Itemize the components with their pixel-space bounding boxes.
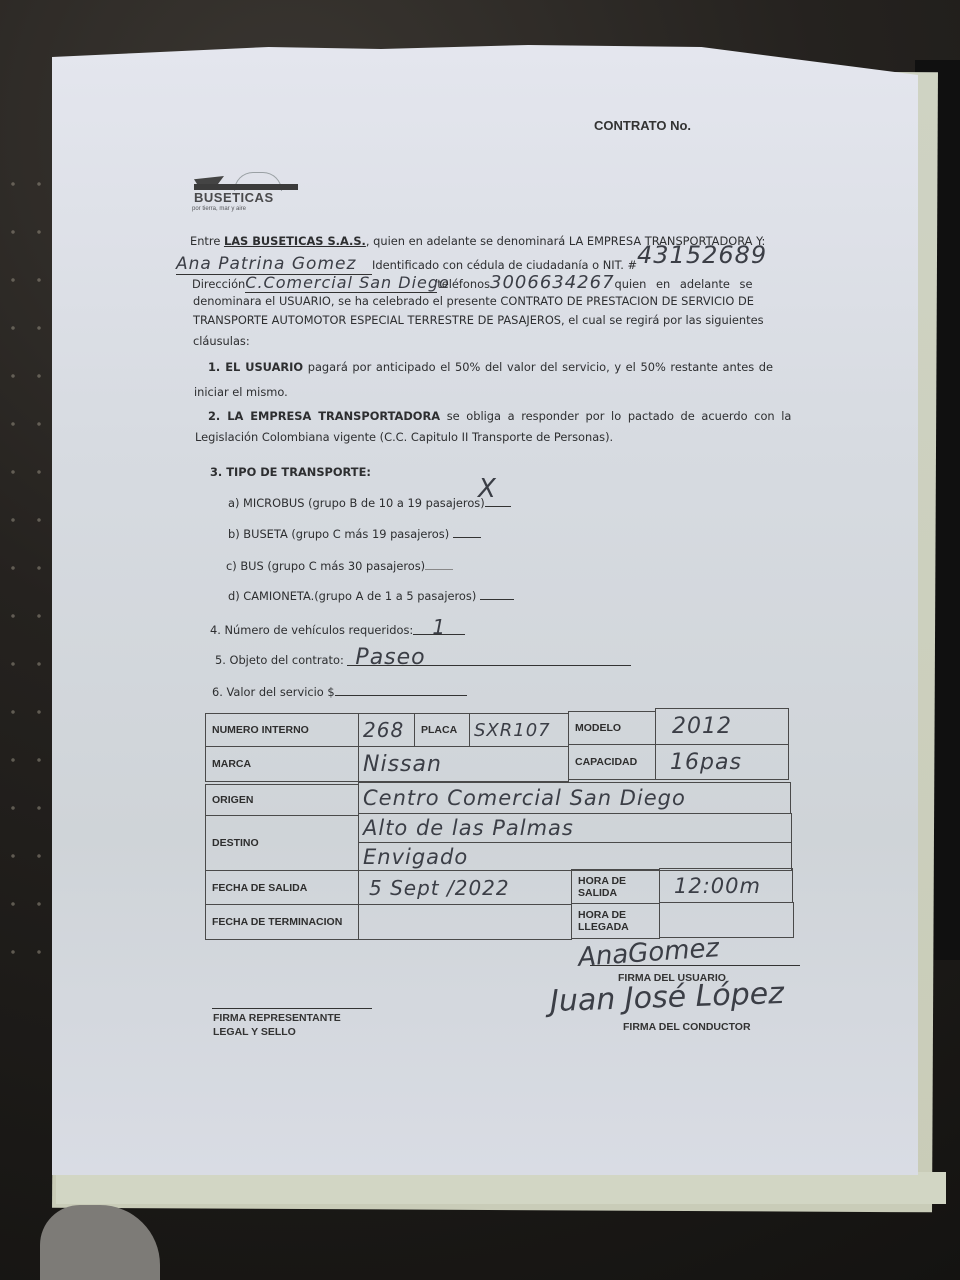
clause-1-continued: iniciar el mismo. (194, 383, 288, 402)
fecha-terminacion-value[interactable] (358, 904, 572, 940)
representante-signature-line (212, 1008, 372, 1009)
conductor-signature-label: FIRMA DEL CONDUCTOR (623, 1020, 751, 1034)
origen-label: ORIGEN (205, 784, 359, 816)
selected-check-mark: X (478, 480, 497, 499)
intro-line-5: TRANSPORTE AUTOMOTOR ESPECIAL TERRESTRE … (193, 311, 764, 330)
marca-value[interactable]: Nissan (358, 746, 569, 782)
address-field[interactable]: C.Comercial San Diego (245, 273, 437, 293)
conductor-signature: Juan José López (549, 976, 784, 1019)
transport-option-bus[interactable]: c) BUS (grupo C más 30 pasajeros) (226, 557, 453, 576)
contract-purpose-field[interactable]: Paseo (347, 651, 631, 666)
transport-option-buseta[interactable]: b) BUSETA (grupo C más 19 pasajeros) (228, 525, 481, 544)
id-number-field[interactable]: 43152689 (637, 241, 767, 269)
vehicle-count-field[interactable]: 1 (413, 620, 465, 635)
intro-line-6: cláusulas: (193, 332, 250, 351)
modelo-value[interactable]: 2012 (655, 708, 789, 745)
origen-value[interactable]: Centro Comercial San Diego (358, 782, 791, 814)
placa-label: PLACA (414, 713, 470, 747)
contract-number-label: CONTRATO No. (594, 118, 691, 133)
capacidad-label: CAPACIDAD (568, 744, 656, 780)
hora-salida-label: HORA DE SALIDA (571, 869, 660, 904)
transport-option-camioneta[interactable]: d) CAMIONETA.(grupo A de 1 a 5 pasajeros… (228, 587, 514, 606)
logo-tagline: por tierra, mar y aire (192, 206, 246, 212)
destino-value-line-1[interactable]: Alto de las Palmas (358, 813, 792, 843)
usuario-signature: AnaGomez (577, 933, 720, 973)
marca-label: MARCA (205, 746, 359, 782)
contract-document: CONTRATO No. BUSETICAS por tierra, mar y… (0, 0, 960, 1280)
hora-llegada-value[interactable] (659, 902, 794, 938)
placa-value[interactable]: SXR107 (469, 713, 569, 747)
clause-5-contract-purpose: 5. Objeto del contrato: Paseo (215, 651, 631, 670)
company-name: LAS BUSETICAS S.A.S. (224, 234, 366, 248)
clause-6-service-value: 6. Valor del servicio $ (212, 683, 467, 702)
fecha-salida-value[interactable]: 5 Sept /2022 (358, 870, 572, 905)
hora-salida-value[interactable]: 12:00m (659, 868, 793, 903)
logo-name: BUSETICAS (194, 190, 274, 205)
user-name-field[interactable]: Ana Patrina Gomez (176, 255, 372, 275)
capacidad-value[interactable]: 16pas (655, 744, 789, 780)
intro-line-4: denominara el USUARIO, se ha celebrado e… (193, 292, 754, 311)
buseticas-logo: BUSETICAS por tierra, mar y aire (190, 172, 302, 216)
clause-1: 1. EL USUARIO pagará por anticipado el 5… (208, 358, 773, 377)
modelo-label: MODELO (568, 711, 656, 745)
airplane-icon (194, 176, 224, 184)
clause-2: 2. LA EMPRESA TRANSPORTADORA se obliga a… (208, 407, 791, 426)
destino-value-line-2[interactable]: Envigado (358, 842, 792, 871)
numero-interno-value[interactable]: 268 (358, 713, 415, 747)
service-value-field[interactable] (335, 695, 467, 696)
clause-4-vehicle-count: 4. Número de vehículos requeridos:1 (210, 620, 465, 640)
clause-3-title: 3. TIPO DE TRANSPORTE: (210, 463, 371, 482)
phone-field[interactable]: 3006634267 (490, 272, 615, 293)
usuario-signature-line (590, 965, 800, 966)
fecha-terminacion-label: FECHA DE TERMINACION (205, 904, 359, 940)
representante-signature-label: FIRMA REPRESENTANTE LEGAL Y SELLO (213, 1011, 341, 1039)
intro-line-3: DirecciónC.Comercial San Diegoteléfonos3… (192, 273, 752, 294)
destino-label: DESTINO (205, 815, 359, 871)
clause-2-continued: Legislación Colombiana vigente (C.C. Cap… (195, 428, 613, 447)
fecha-salida-label: FECHA DE SALIDA (205, 870, 359, 905)
transport-option-microbus[interactable]: a) MICROBUS (grupo B de 10 a 19 pasajero… (228, 494, 511, 513)
hora-llegada-label: HORA DE LLEGADA (571, 903, 660, 939)
numero-interno-label: NUMERO INTERNO (205, 713, 359, 747)
